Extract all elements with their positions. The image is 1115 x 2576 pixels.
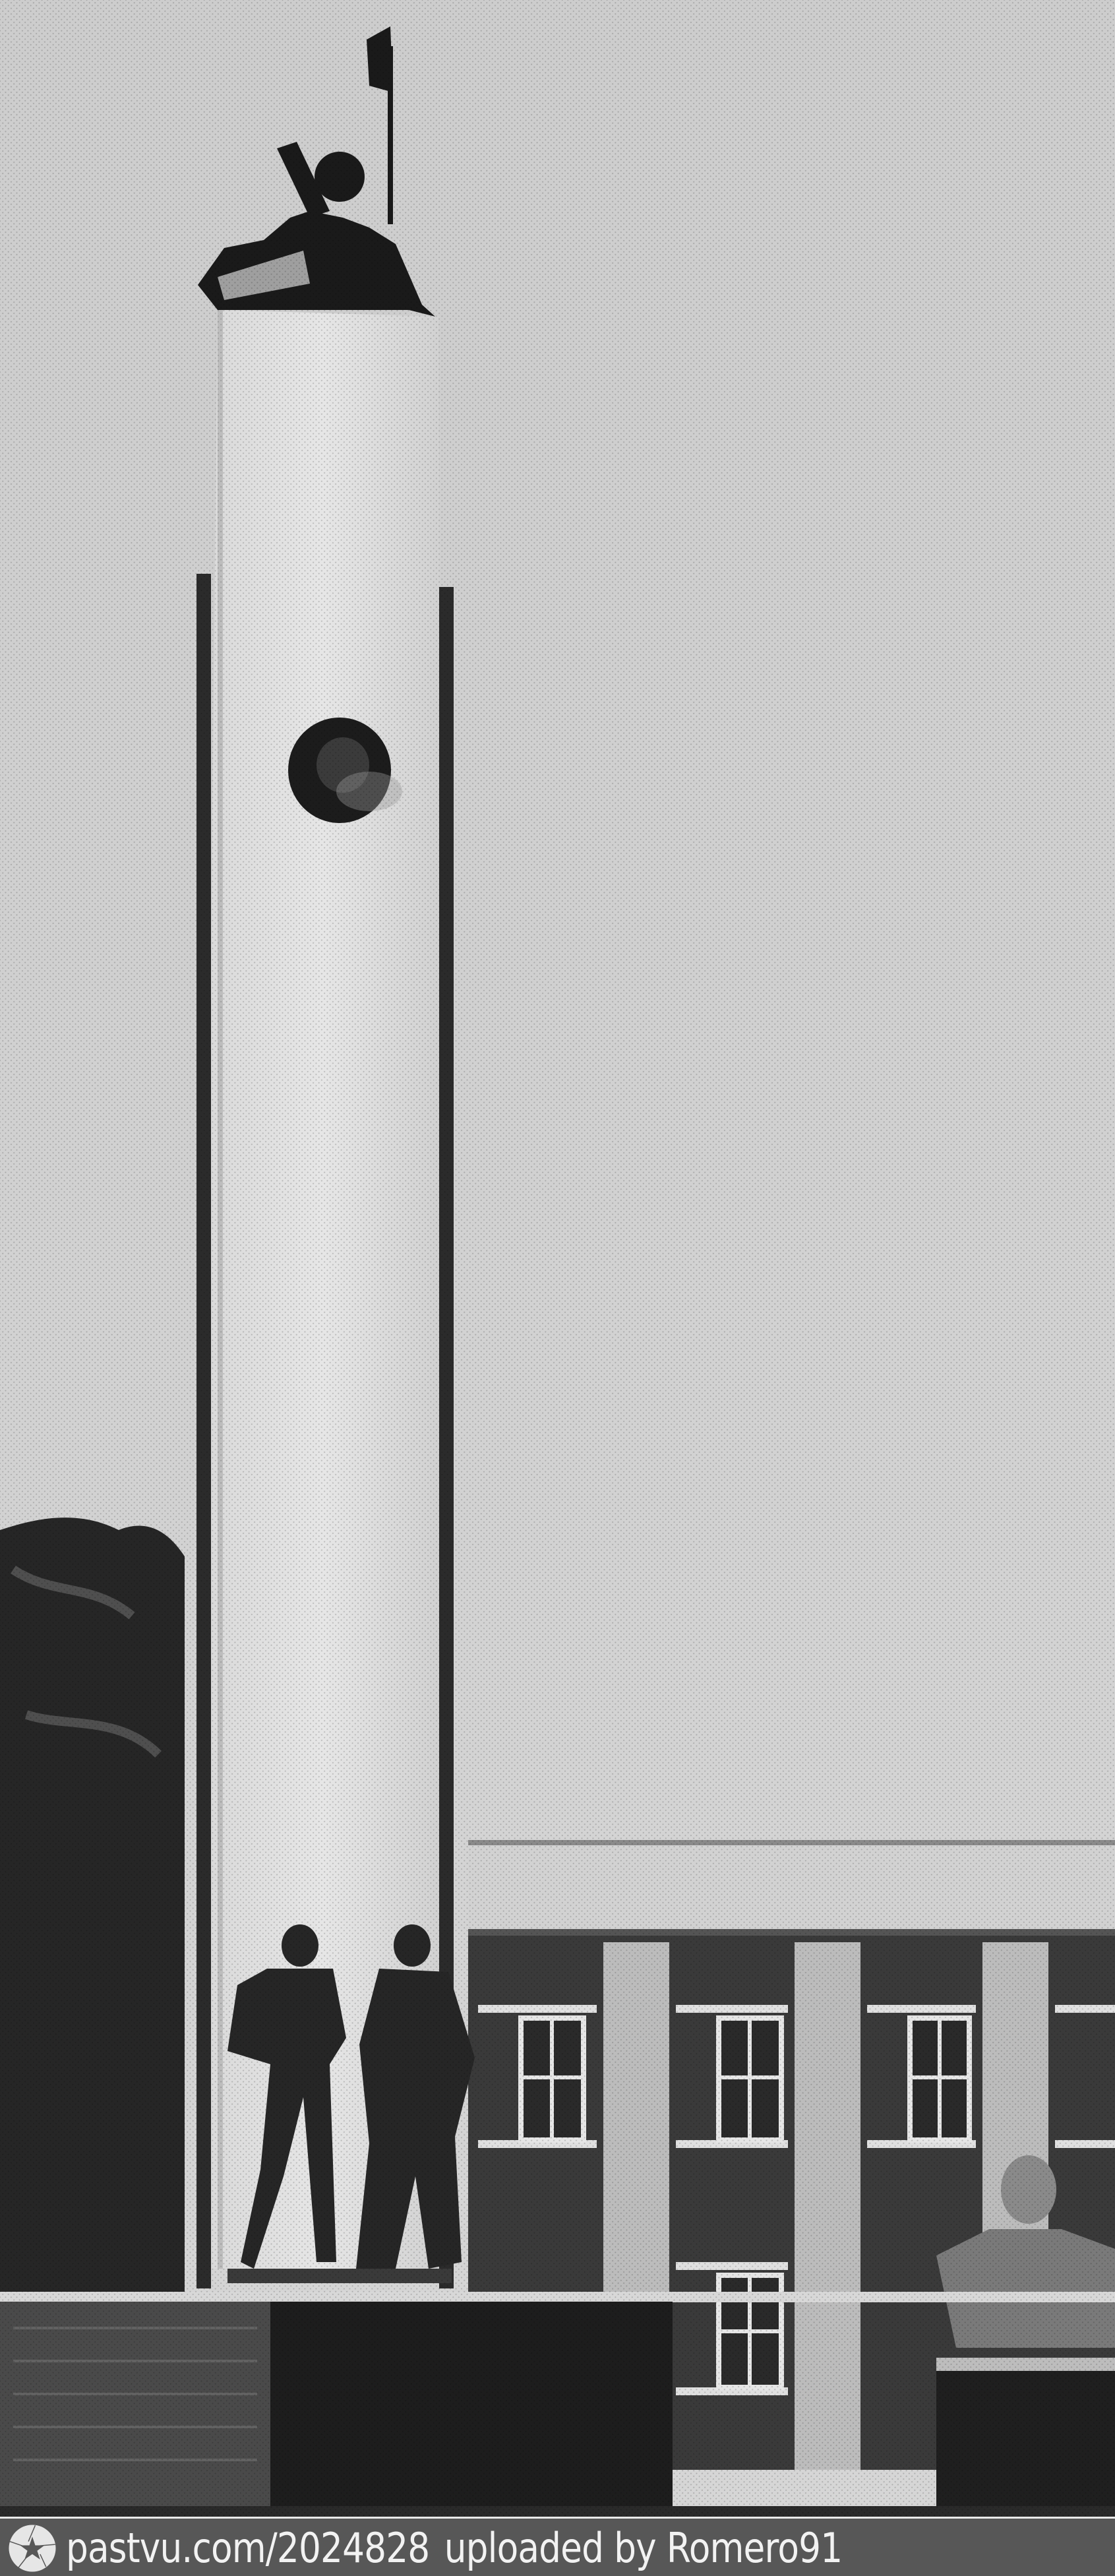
watermark-bar: pastvu.com/2024828uploaded by Romero91 bbox=[0, 2517, 1115, 2576]
memorial-scene bbox=[0, 0, 1115, 2517]
uploader-credit: uploaded by Romero91 bbox=[444, 2524, 843, 2572]
archival-photo bbox=[0, 0, 1115, 2517]
pastvu-star-logo-icon bbox=[8, 2524, 57, 2573]
photo-link[interactable]: pastvu.com/2024828 bbox=[66, 2524, 429, 2572]
watermark-text: pastvu.com/2024828uploaded by Romero91 bbox=[66, 2528, 842, 2569]
